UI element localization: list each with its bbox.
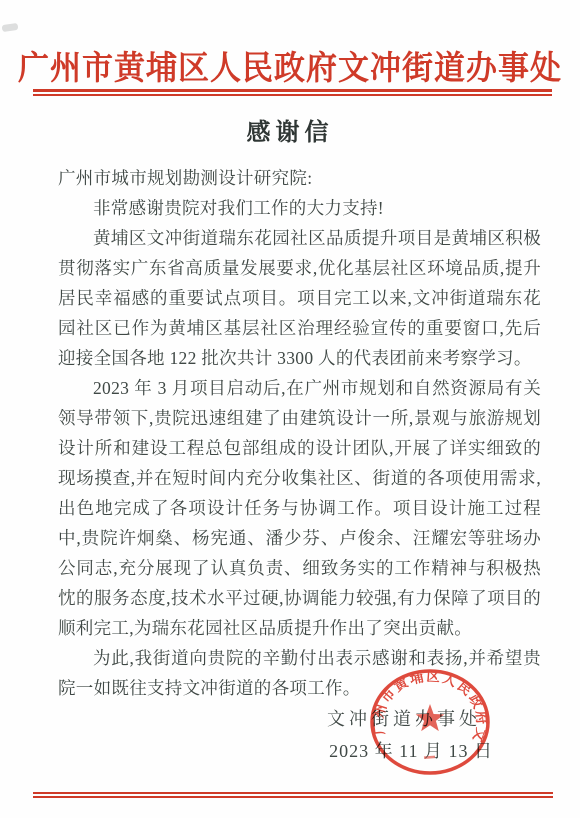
footer-divider xyxy=(33,792,553,798)
seal-code-mark xyxy=(424,756,435,759)
letter-title: 感谢信 xyxy=(0,112,580,147)
paragraph-project-background: 黄埔区文冲街道瑞东花园社区品质提升项目是黄埔区积极贯彻落实广东省高质量发展要求,… xyxy=(58,223,541,373)
five-pointed-star-icon xyxy=(416,704,445,731)
paragraph-project-work: 2023 年 3 月项目启动后,在广州市规划和自然资源局有关领导带领下,贵院迅速… xyxy=(58,373,541,643)
recipient-line: 广州市城市规划勘测设计研究院: xyxy=(58,163,541,193)
letterhead-org-title: 广州市黄埔区人民政府文冲街道办事处 xyxy=(0,41,580,89)
paragraph-thanks: 非常感谢贵院对我们工作的大力支持! xyxy=(58,193,541,223)
scan-artifact-speck xyxy=(2,23,19,32)
letter-body: 广州市城市规划勘测设计研究院: 非常感谢贵院对我们工作的大力支持! 黄埔区文冲街… xyxy=(58,163,541,703)
official-seal: 广州市黄埔区人民政府文冲街道办事处 xyxy=(360,659,500,787)
letterhead-divider xyxy=(33,89,552,96)
letter-page: 广州市黄埔区人民政府文冲街道办事处 感谢信 广州市城市规划勘测设计研究院: 非常… xyxy=(0,0,580,818)
